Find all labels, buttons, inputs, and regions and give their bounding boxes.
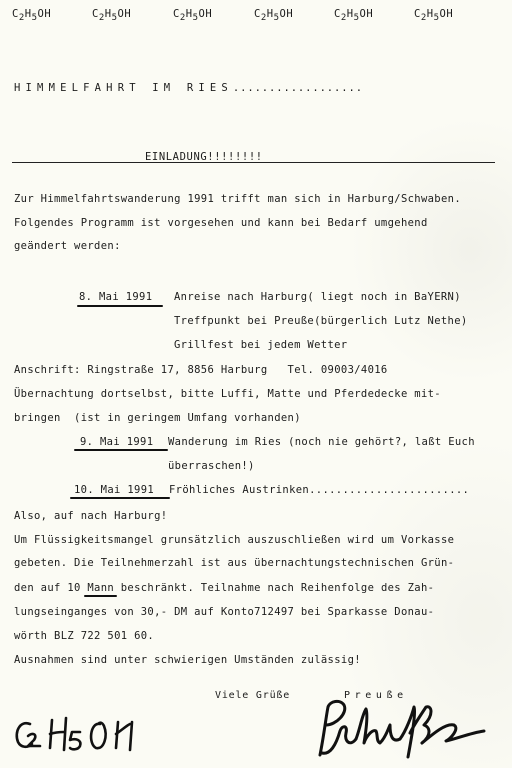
closing-line: Um Flüssigkeitsmangel grunsätzlich auszu… xyxy=(14,534,454,546)
program-line: überraschen!) xyxy=(168,460,255,472)
document-title: HIMMELFAHRT IM RIES.................. xyxy=(14,82,363,94)
program-line: Fröhliches Austrinken...................… xyxy=(169,484,469,496)
signature xyxy=(300,695,510,765)
formula-ethanol: C2H5OH xyxy=(92,8,131,23)
payment-line: wörth BLZ 722 501 60. xyxy=(14,630,154,642)
overnight-line: bringen (ist in geringem Umfang vorhande… xyxy=(14,412,301,424)
underlined-word: Mann xyxy=(87,582,114,594)
program-date-day3: 10. Mai 1991 xyxy=(74,484,154,496)
heading-rule xyxy=(12,162,495,163)
formula-ethanol: C2H5OH xyxy=(414,8,453,23)
date-underline xyxy=(74,449,168,451)
program-line: Grillfest bei jedem Wetter xyxy=(174,339,347,351)
payment-line: Ausnahmen sind unter schwierigen Umständ… xyxy=(14,654,361,666)
formula-ethanol: C2H5OH xyxy=(173,8,212,23)
word-underline xyxy=(84,595,117,597)
date-underline xyxy=(77,305,163,307)
closing-line: Also, auf nach Harburg! xyxy=(14,510,167,522)
formula-header-row: C2H5OH C2H5OH C2H5OH C2H5OH C2H5OH C2H5O… xyxy=(12,8,512,28)
formula-ethanol: C2H5OH xyxy=(334,8,373,23)
intro-line: geändert werden: xyxy=(14,240,121,252)
letter-page: C2H5OH C2H5OH C2H5OH C2H5OH C2H5OH C2H5O… xyxy=(0,0,512,768)
intro-line: Zur Himmelfahrtswanderung 1991 trifft ma… xyxy=(14,193,461,205)
program-line: Wanderung im Ries (noch nie gehört?, laß… xyxy=(168,436,475,448)
address-line: Anschrift: Ringstraße 17, 8856 Harburg T… xyxy=(14,364,388,376)
program-line: Anreise nach Harburg( liegt noch in BaYE… xyxy=(174,291,461,303)
overnight-line: Übernachtung dortselbst, bitte Luffi, Ma… xyxy=(14,388,441,400)
program-date-day2: 9. Mai 1991 xyxy=(80,436,153,448)
payment-line: lungseinganges von 30,- DM auf Konto7124… xyxy=(14,606,434,618)
intro-line: Folgendes Programm ist vorgesehen und ka… xyxy=(14,217,428,229)
participant-limit-line: den auf 10 Mann beschränkt. Teilnahme na… xyxy=(14,582,434,594)
formula-ethanol: C2H5OH xyxy=(254,8,293,23)
formula-ethanol: C2H5OH xyxy=(12,8,51,23)
handwritten-formula xyxy=(10,710,170,760)
closing-line: gebeten. Die Teilnehmerzahl ist aus über… xyxy=(14,557,454,569)
program-line: Treffpunkt bei Preuße(bürgerlich Lutz Ne… xyxy=(174,315,468,327)
date-underline xyxy=(70,497,170,499)
program-date-day1: 8. Mai 1991 xyxy=(79,291,152,303)
greeting: Viele Grüße xyxy=(215,690,290,701)
